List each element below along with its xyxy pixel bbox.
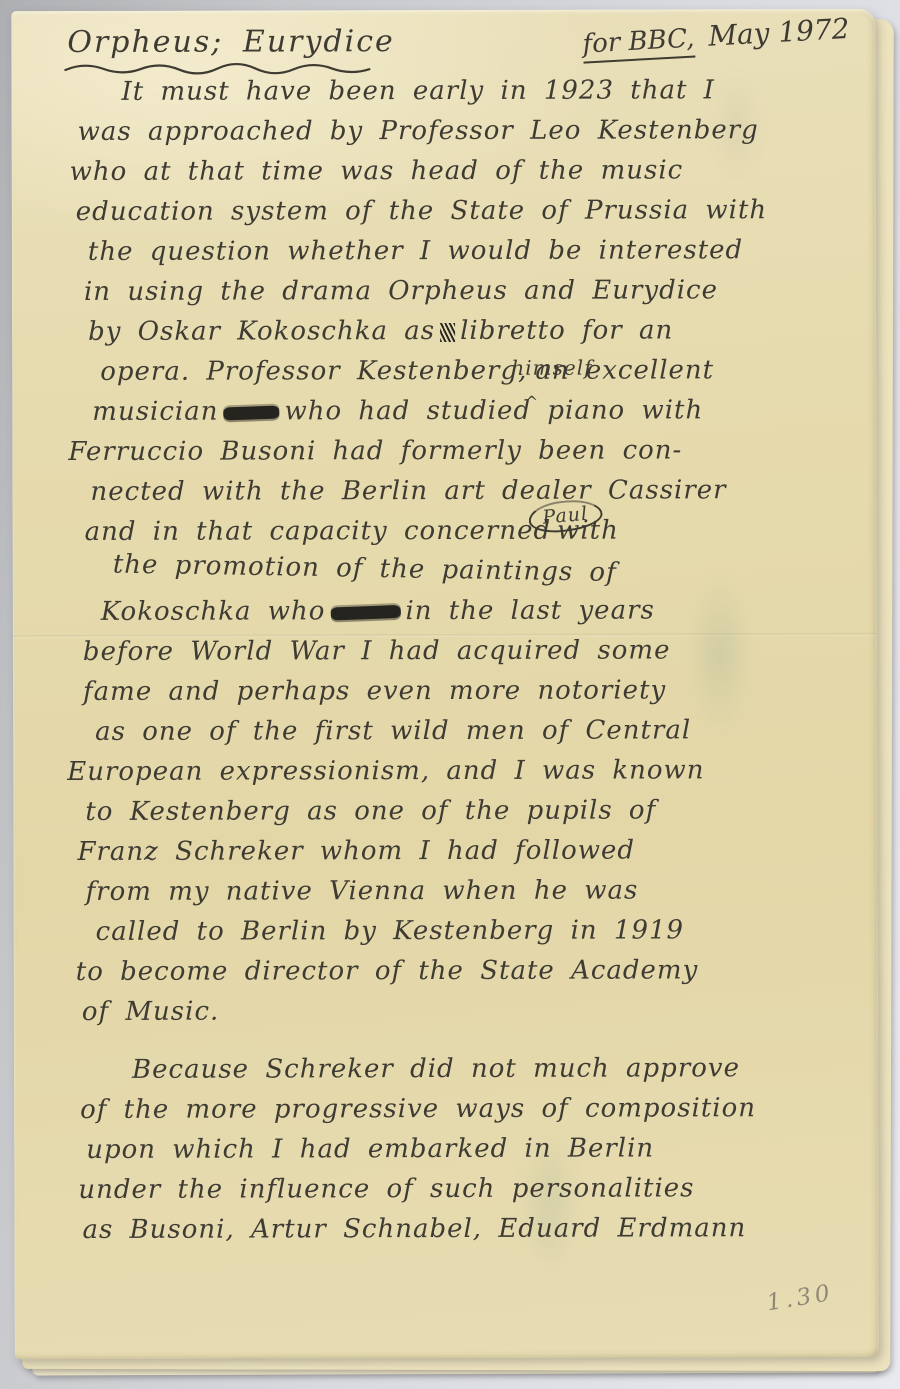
manuscript-line: to Kestenberg as one of the pupils of	[85, 795, 877, 837]
line-text: of the more progressive ways of composit…	[80, 1093, 756, 1125]
handwritten-paragraph-1: It must have been early in 1923 that I w…	[11, 75, 878, 1037]
line-text: Kokoschka who	[101, 596, 326, 627]
line-text: libretto for an	[460, 315, 673, 346]
inserted-word-himself: himself	[511, 356, 592, 380]
line-text: under the influence of such personalitie…	[78, 1173, 694, 1205]
title-underline	[63, 60, 373, 77]
scribble-strikeout	[440, 322, 455, 341]
manuscript-line: under the influence of such personalitie…	[78, 1173, 878, 1215]
blacked-out-word	[330, 604, 400, 620]
line-text: nected with the Berlin art dealer Cassir…	[90, 475, 726, 507]
manuscript-line: before World War I had acquired some	[83, 635, 877, 677]
manuscript-line: European expressionism, and I was known	[67, 755, 877, 797]
manuscript-line: education system of the State of Prussia…	[76, 195, 876, 237]
line-text: to become director of the State Academy	[76, 955, 699, 987]
line-text: It must have been early in 1923 that I	[121, 75, 715, 107]
manuscript-line: who at that time was head of the music	[70, 155, 876, 197]
annotation-top-right: for BBC, May 1972	[581, 12, 850, 60]
line-text: of Music.	[82, 997, 219, 1027]
page-title-block: Orpheus; Eurydice	[67, 24, 395, 60]
photo-background: Orpheus; Eurydice for BBC, May 1972 It m…	[0, 0, 900, 1389]
line-text: musician	[92, 397, 218, 427]
line-text: from my native Vienna when he was	[86, 875, 639, 906]
blacked-out-word	[223, 405, 279, 420]
manuscript-line: of the more progressive ways of composit…	[80, 1093, 878, 1135]
manuscript-line: called to Berlin by Kestenberg in 1919	[96, 915, 878, 957]
line-text: education system of the State of Prussia…	[76, 195, 767, 227]
manuscript-line: in using the drama Orpheus and Eurydice	[84, 275, 876, 317]
manuscript-line: was approached by Professor Leo Kestenbe…	[78, 115, 876, 157]
line-text: Franz Schreker whom I had followed	[77, 836, 635, 867]
annotation-date: May 1972	[707, 12, 850, 53]
manuscript-line: fame and perhaps even more notoriety	[83, 675, 877, 717]
manuscript-line: the question whether I would be interest…	[88, 235, 876, 277]
line-text: and in that capacity concerned	[85, 516, 552, 547]
line-text: who at that time was head of the music	[70, 155, 684, 187]
line-text: was approached by Professor Leo Kestenbe…	[78, 115, 759, 147]
manuscript-line: nected with the Berlin art dealer Cassir…	[90, 475, 876, 517]
line-text: fame and perhaps even more notoriety	[83, 675, 666, 707]
line-text: in using the drama Orpheus and Eurydice	[84, 275, 718, 307]
line-text: as Busoni, Artur Schnabel, Eduard Erdman…	[82, 1213, 746, 1245]
manuscript-line: Because Schreker did not much approve	[132, 1053, 878, 1095]
manuscript-line: musicianwho had studied piano with	[92, 395, 876, 437]
annotation-for-bbc: for BBC,	[581, 24, 695, 64]
manuscript-line: Ferruccio Busoni had formerly been con-	[68, 435, 876, 477]
manuscript-line: by Oskar Kokoschka aslibretto for an	[88, 315, 876, 357]
line-text: Because Schreker did not much approve	[132, 1053, 740, 1085]
line-text: the question whether I would be interest…	[88, 235, 743, 267]
line-text: European expressionism, and I was known	[67, 755, 704, 787]
manuscript-page: Orpheus; Eurydice for BBC, May 1972 It m…	[11, 9, 879, 1359]
manuscript-line: as Busoni, Artur Schnabel, Eduard Erdman…	[82, 1213, 878, 1255]
line-text: in the last years	[405, 595, 654, 626]
line-text: Ferruccio Busoni had formerly been con-	[68, 435, 682, 467]
handwritten-paragraph-2: Because Schreker did not much approve of…	[14, 1053, 879, 1255]
manuscript-line: opera. Professor Kestenberg,^himselfan e…	[100, 355, 876, 397]
line-text: before World War I had acquired some	[83, 635, 671, 667]
line-text: as one of the first wild men of Central	[95, 715, 691, 747]
page-title: Orpheus; Eurydice	[67, 24, 395, 60]
manuscript-line: upon which I had embarked in Berlin	[86, 1133, 878, 1175]
line-text: opera. Professor Kestenberg,	[100, 356, 527, 387]
manuscript-line: to become director of the State Academy	[76, 955, 878, 997]
manuscript-line: from my native Vienna when he was	[86, 875, 878, 917]
manuscript-line: It must have been early in 1923 that I	[121, 75, 875, 117]
pencil-page-number: 1.30	[765, 1280, 835, 1316]
line-text: called to Berlin by Kestenberg in 1919	[96, 915, 684, 947]
manuscript-line: as one of the first wild men of Central	[95, 715, 877, 757]
line-text: by Oskar Kokoschka as	[88, 316, 435, 347]
manuscript-line: of Music.	[82, 995, 878, 1037]
manuscript-body: It must have been early in 1923 that I w…	[11, 75, 878, 1255]
manuscript-line: Franz Schreker whom I had followed	[77, 835, 877, 877]
manuscript-line: Kokoschka whoin the last years	[101, 595, 877, 637]
line-text: to Kestenberg as one of the pupils of	[85, 795, 656, 826]
line-text: who had studied piano with	[284, 395, 703, 426]
line-text: upon which I had embarked in Berlin	[86, 1133, 654, 1164]
